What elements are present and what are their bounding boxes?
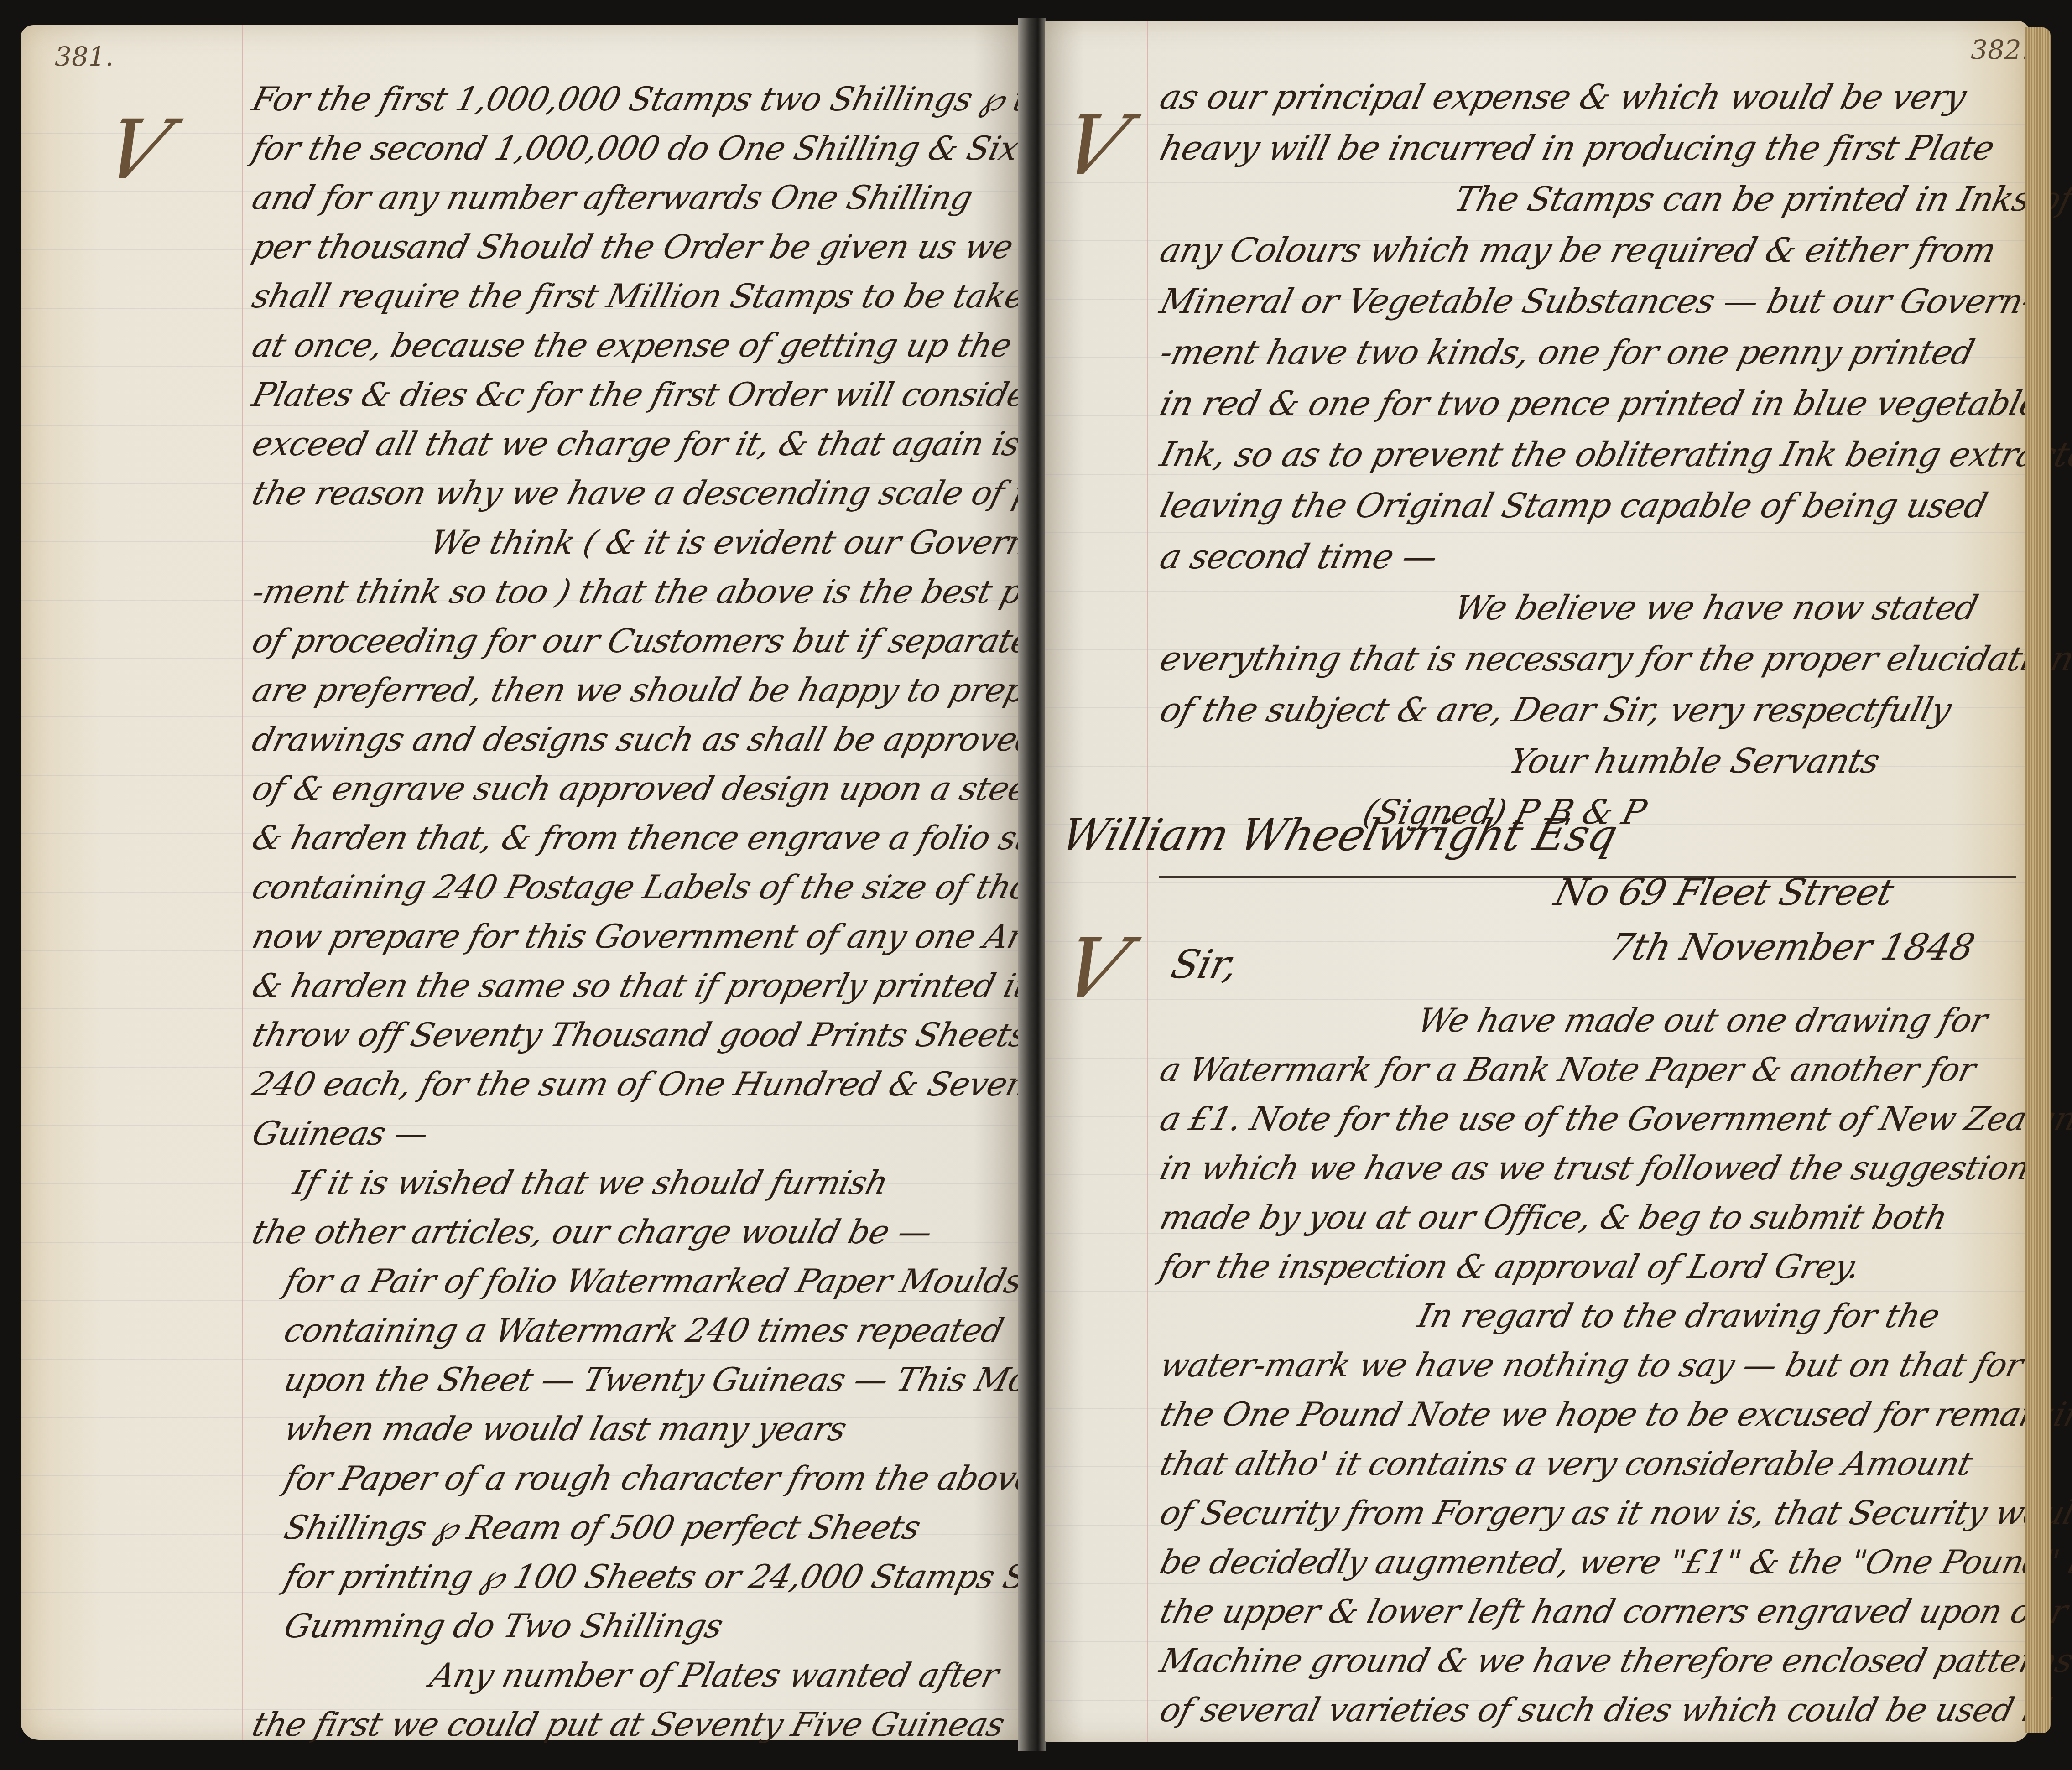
- handwritten-line: containing 240 Postage Labels of the siz…: [249, 868, 1127, 906]
- handwritten-line: of & engrave such approved design upon a…: [249, 769, 1102, 808]
- open-ledger-book: 381. V For the first 1,000,000 Stamps tw…: [0, 0, 2072, 1770]
- addressee: William Wheelwright Esq: [1057, 810, 1622, 861]
- book-gutter: [1018, 18, 1046, 1751]
- handwritten-line: Shillings ℘ Ream of 500 perfect Sheets: [281, 1508, 925, 1547]
- handwritten-line: when made would last many years: [281, 1410, 850, 1448]
- handwritten-line: a second time —: [1156, 537, 1441, 576]
- handwritten-line: If it is wished that we should furnish: [290, 1163, 892, 1202]
- handwritten-line: shall require the first Million Stamps t…: [249, 277, 1050, 315]
- handwritten-line: be decidedly augmented, were "£1" & the …: [1156, 1543, 2072, 1581]
- handwritten-line: now prepare for this Government of any o…: [249, 917, 1117, 955]
- handwritten-line: are preferred, then we should be happy t…: [249, 671, 1084, 709]
- handwritten-line: any Colours which may be required & eith…: [1156, 231, 1999, 270]
- handwritten-line: as our principal expense & which would b…: [1156, 78, 1970, 117]
- handwritten-line: Plates & dies &c for the first Order wil…: [249, 375, 1114, 414]
- handwritten-line: the upper & lower left hand corners engr…: [1156, 1592, 2072, 1630]
- handwritten-line: We believe we have now stated: [1450, 588, 1982, 628]
- handwritten-line: a Watermark for a Bank Note Paper & anot…: [1156, 1050, 1980, 1089]
- page-edges: [2025, 27, 2051, 1733]
- handwritten-line: that altho' it contains a very considera…: [1156, 1444, 1976, 1483]
- right-page: 382. V V as our principal expense & whic…: [1045, 21, 2030, 1742]
- handwritten-line: -ment have two kinds, one for one penny …: [1156, 333, 1978, 372]
- handwritten-line: containing a Watermark 240 times repeate…: [281, 1311, 1007, 1350]
- handwritten-line: heavy will be incurred in producing the …: [1156, 129, 1998, 168]
- handwritten-line: everything that is necessary for the pro…: [1156, 639, 2072, 679]
- handwritten-line: In regard to the drawing for the: [1414, 1297, 1944, 1335]
- handwritten-line: 240 each, for the sum of One Hundred & S…: [249, 1065, 1143, 1103]
- handwritten-line: Ink, so as to prevent the obliterating I…: [1156, 435, 2072, 474]
- handwritten-line: water-mark we have nothing to say — but …: [1156, 1346, 2027, 1384]
- letter-divider-rule: [1159, 876, 2016, 878]
- handwritten-line: per thousand Should the Order be given u…: [249, 228, 1017, 266]
- handwritten-line: of Security from Forgery as it now is, t…: [1156, 1494, 2072, 1532]
- handwritten-line: -ment think so too ) that the above is t…: [249, 572, 1077, 611]
- handwritten-line: We have made out one drawing for: [1414, 1001, 1991, 1039]
- handwritten-line: a £1. Note for the use of the Government…: [1156, 1100, 2072, 1138]
- handwritten-line: the first we could put at Seventy Five G…: [249, 1705, 1009, 1744]
- margin-rule: [242, 25, 243, 1740]
- handwritten-line: Machine ground & we have therefore enclo…: [1156, 1641, 2072, 1680]
- salutation: Sir,: [1167, 942, 1243, 987]
- handwritten-line: upon the Sheet — Twenty Guineas — This M…: [281, 1360, 1084, 1399]
- handwritten-line: The Stamps can be printed in Inks of: [1450, 180, 2072, 219]
- handwritten-line: exceed all that we charge for it, & that…: [249, 425, 1025, 463]
- handwritten-line: Any number of Plates wanted after: [427, 1656, 1003, 1694]
- handwritten-line: for the inspection & approval of Lord Gr…: [1156, 1247, 1864, 1286]
- handwritten-line: for a Pair of folio Watermarked Paper Mo…: [281, 1262, 1026, 1300]
- page-number: 382.: [1971, 34, 2030, 65]
- handwritten-line: Gumming do Two Shillings: [281, 1607, 727, 1645]
- letter-date: 7th November 1848: [1605, 926, 1978, 968]
- handwritten-line: of several varieties of such dies which …: [1156, 1691, 2050, 1729]
- handwritten-line: in red & one for two pence printed in bl…: [1156, 384, 2045, 423]
- handwritten-line: the One Pound Note we hope to be excused…: [1156, 1395, 2072, 1433]
- handwritten-line: at once, because the expense of getting …: [249, 326, 1016, 364]
- handwritten-line: Guineas —: [249, 1114, 432, 1152]
- margin-rule: [1147, 21, 1148, 1742]
- handwritten-line: the other articles, our charge would be …: [249, 1213, 936, 1251]
- handwritten-line: the reason why we have a descending scal…: [249, 474, 1118, 512]
- handwritten-line: drawings and designs such as shall be ap…: [249, 720, 1042, 758]
- handwritten-line: in which we have as we trust followed th…: [1156, 1149, 2050, 1187]
- handwritten-line: of the subject & are, Dear Sir, very res…: [1156, 690, 1955, 730]
- page-number: 381.: [55, 41, 114, 72]
- handwritten-line: Your humble Servants: [1505, 742, 1884, 781]
- handwritten-line: leaving the Original Stamp capable of be…: [1156, 486, 1991, 525]
- handwritten-line: We think ( & it is evident our Govern-: [427, 523, 1044, 561]
- handwritten-line: and for any number afterwards One Shilli…: [249, 178, 977, 217]
- handwritten-line: & harden the same so that if properly pr…: [249, 966, 1100, 1005]
- handwritten-line: made by you at our Office, & beg to subm…: [1156, 1198, 1952, 1236]
- handwritten-line: Mineral or Vegetable Substances — but ou…: [1156, 282, 2038, 321]
- left-page: 381. V For the first 1,000,000 Stamps tw…: [21, 25, 1024, 1740]
- handwritten-line: throw off Seventy Thousand good Prints S…: [249, 1016, 1072, 1054]
